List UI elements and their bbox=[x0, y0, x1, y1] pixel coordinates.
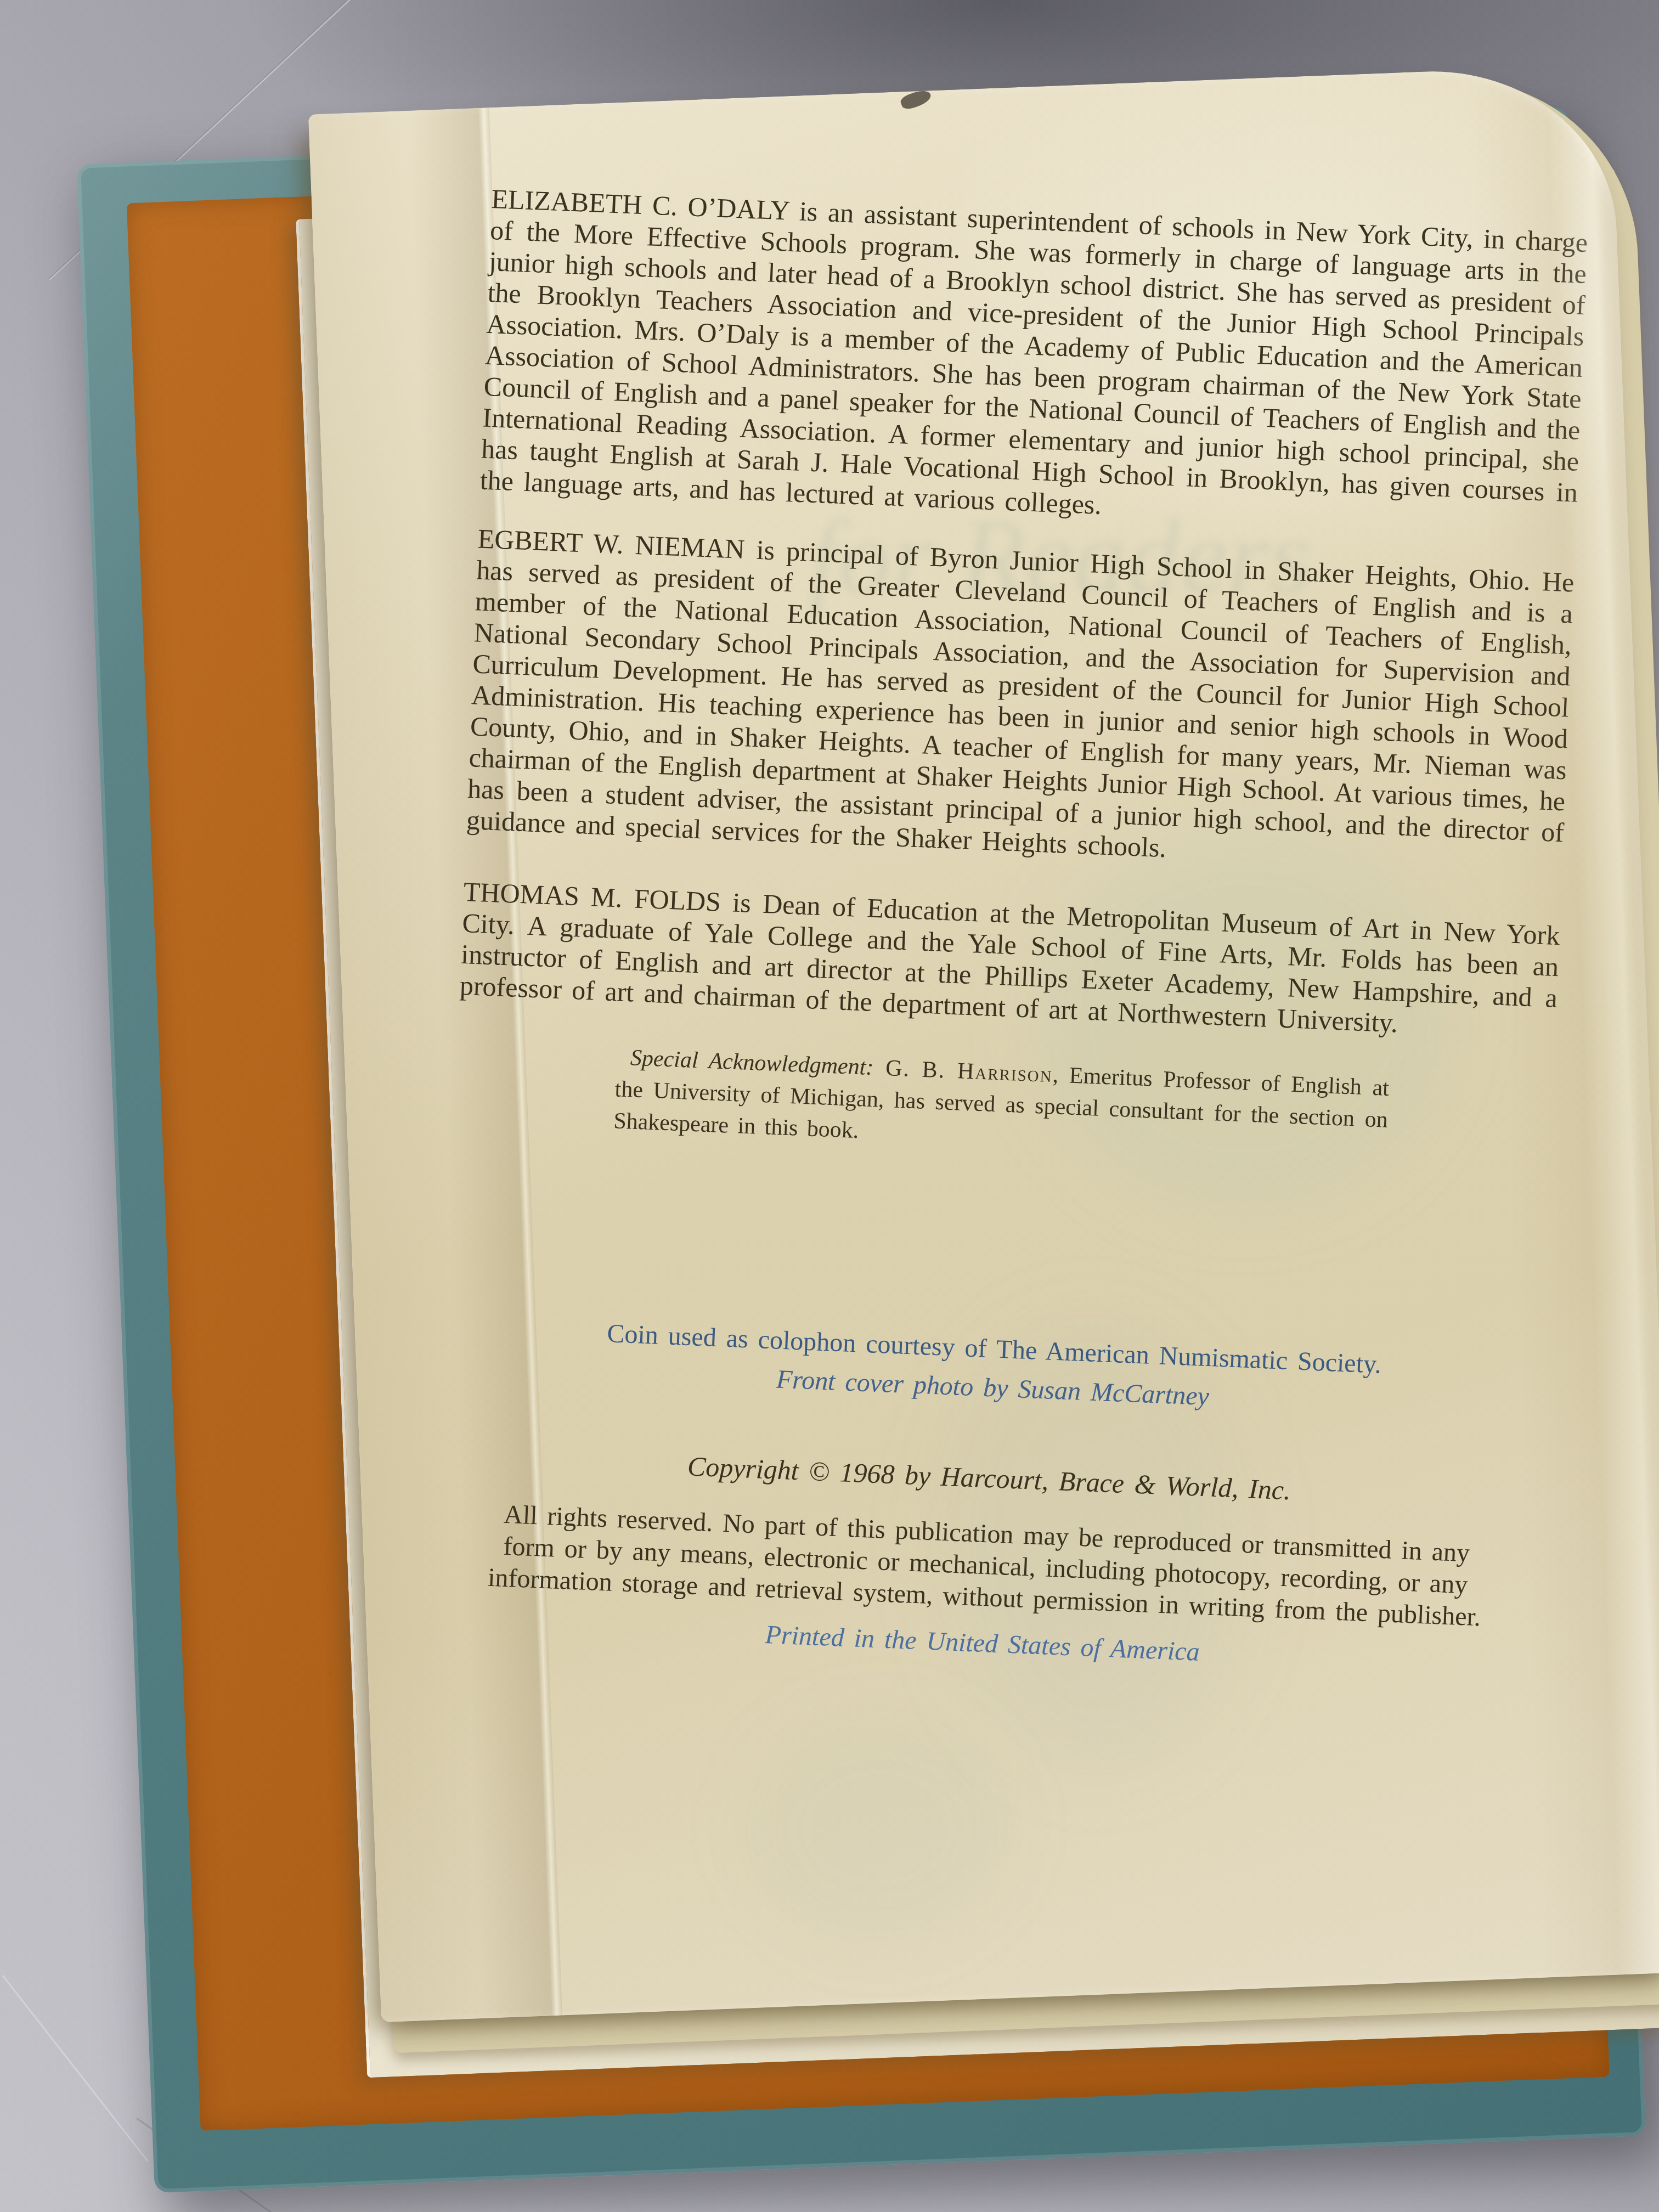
page-edge-speck bbox=[899, 87, 933, 111]
rights-notice: All rights reserved. No part of this pub… bbox=[485, 1498, 1487, 1634]
photo-background: for Readers ELIZABETH C. O’DALY is an as… bbox=[0, 0, 1659, 2212]
special-acknowledgment: Special Acknowledgment: G. B. Harrison, … bbox=[613, 1041, 1390, 1167]
acknowledgment-name: G. B. Harrison bbox=[873, 1055, 1053, 1087]
acknowledgment-label: Special Acknowledgment: bbox=[630, 1045, 874, 1080]
bio-paragraph-nieman: EGBERT W. NIEMAN is principal of Byron J… bbox=[466, 523, 1575, 879]
copyright-page: for Readers ELIZABETH C. O’DALY is an as… bbox=[308, 65, 1659, 2023]
bio-paragraph-folds: THOMAS M. FOLDS is Dean of Education at … bbox=[459, 876, 1561, 1045]
bio-paragraph-odaly: ELIZABETH C. O’DALY is an assistant supe… bbox=[479, 183, 1588, 540]
showthrough-blob bbox=[743, 1707, 1015, 1948]
open-book: for Readers ELIZABETH C. O’DALY is an as… bbox=[77, 106, 1659, 2212]
background-scratch bbox=[2, 1975, 149, 2162]
page-text-block: ELIZABETH C. O’DALY is an assistant supe… bbox=[433, 183, 1588, 1681]
